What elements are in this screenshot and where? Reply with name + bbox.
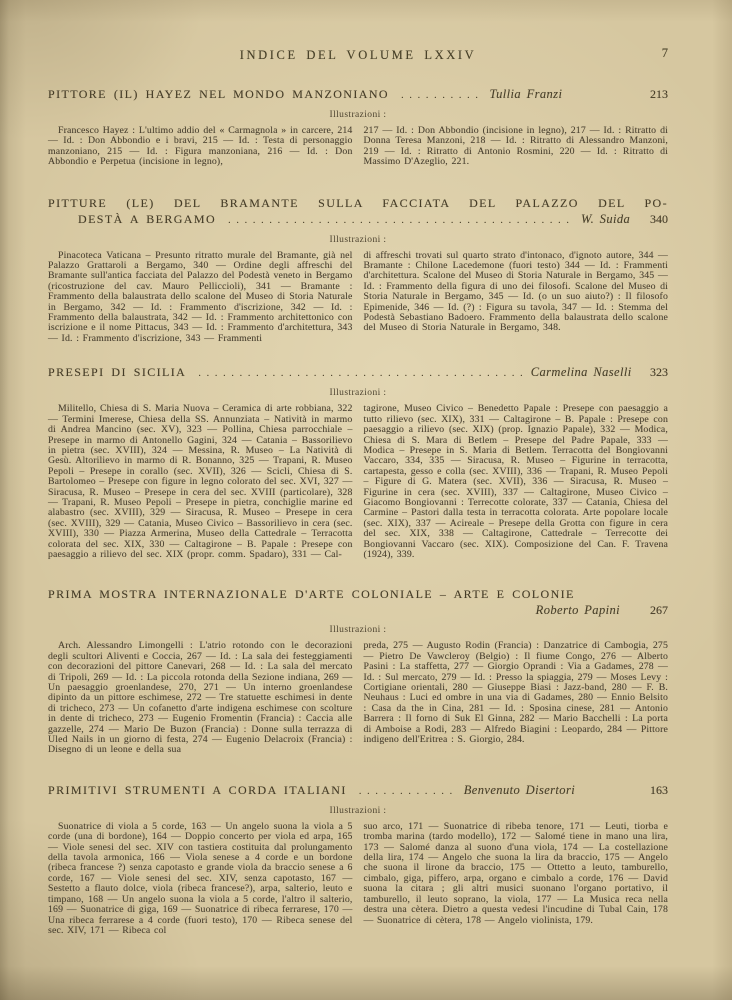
- entry-title: PITTORE (IL) HAYEZ NEL MONDO MANZONIANO: [48, 86, 389, 102]
- illustrations-columns: Arch. Alessandro Limongelli : L'atrio ro…: [48, 641, 668, 755]
- dots-leader: ..........: [401, 87, 484, 103]
- entry-page-number: 213: [634, 86, 668, 102]
- toc-entry-strumenti: PRIMITIVI STRUMENTI A CORDA ITALIANI ...…: [48, 782, 668, 936]
- illustrations-columns: Suonatrice di viola a 5 corde, 163 — Un …: [48, 822, 668, 936]
- illustrations-columns: Militello, Chiesa di S. Maria Nuova – Ce…: [48, 404, 668, 560]
- page-number: 7: [662, 46, 668, 61]
- illustrations-column-right: tagirone, Museo Civico – Benedetto Papal…: [364, 404, 669, 560]
- illustrations-columns: Francesco Hayez : L'ultimo addio del « C…: [48, 126, 668, 168]
- author-name: Roberto Papini: [536, 602, 620, 618]
- author-name: Carmelina Naselli: [531, 364, 632, 380]
- entry-page-number: 323: [646, 364, 668, 380]
- page-header: INDICE DEL VOLUME LXXIV 7: [48, 46, 668, 62]
- author-name: Benvenuto Disertori: [464, 782, 575, 798]
- author-name: W. Suida: [581, 211, 630, 227]
- illustrations-label: Illustrazioni :: [48, 625, 668, 636]
- illustrations-columns: Pinacoteca Vaticana – Presunto ritratto …: [48, 251, 668, 345]
- illustrations-column-left: Suonatrice di viola a 5 corde, 163 — Un …: [48, 822, 353, 936]
- entry-title: PRESEPI DI SICILIA: [48, 364, 186, 380]
- toc-entry-presepi: PRESEPI DI SICILIA .....................…: [48, 364, 668, 560]
- entry-title-line1: PITTURE (LE) DEL BRAMANTE SULLA FACCIATA…: [48, 195, 668, 211]
- entry-page-number: 163: [634, 782, 668, 798]
- illustrations-label: Illustrazioni :: [48, 806, 668, 817]
- volume-index-title: INDICE DEL VOLUME LXXIV: [240, 48, 476, 62]
- illustrations-column-right: di affreschi trovati sul quarto strato d…: [364, 251, 669, 345]
- illustrations-column-right: preda, 275 — Augusto Rodin (Francia) : D…: [364, 641, 669, 755]
- entry-title: PRIMITIVI STRUMENTI A CORDA ITALIANI: [48, 782, 347, 798]
- illustrations-column-left: Francesco Hayez : L'ultimo addio del « C…: [48, 126, 353, 168]
- toc-entry-bramante: PITTURE (LE) DEL BRAMANTE SULLA FACCIATA…: [48, 195, 668, 345]
- illustrations-column-right: suo arco, 171 — Suonatrice di ribeba ten…: [364, 822, 669, 936]
- entry-title-line2: DESTÀ A BERGAMO: [78, 211, 216, 227]
- illustrations-label: Illustrazioni :: [48, 388, 668, 399]
- illustrations-column-left: Militello, Chiesa di S. Maria Nuova – Ce…: [48, 404, 353, 560]
- toc-entry-hayez: PITTORE (IL) HAYEZ NEL MONDO MANZONIANO …: [48, 86, 668, 168]
- scanned-book-page: INDICE DEL VOLUME LXXIV 7 PITTORE (IL) H…: [0, 0, 732, 1000]
- entry-page-number: 267: [634, 602, 668, 618]
- dots-leader: ........................................…: [198, 365, 525, 381]
- illustrations-column-left: Pinacoteca Vaticana – Presunto ritratto …: [48, 251, 353, 345]
- entry-page-number: 340: [644, 211, 668, 227]
- author-name: Tullia Franzi: [489, 86, 562, 102]
- illustrations-column-right: 217 — Id. : Don Abbondio (incisione in l…: [364, 126, 669, 168]
- page-content: INDICE DEL VOLUME LXXIV 7 PITTORE (IL) H…: [0, 0, 732, 1000]
- dots-leader: ............: [359, 783, 458, 799]
- illustrations-label: Illustrazioni :: [48, 235, 668, 246]
- illustrations-label: Illustrazioni :: [48, 110, 668, 121]
- dots-leader: ........................................…: [228, 212, 575, 228]
- toc-entry-mostra-coloniale: PRIMA MOSTRA INTERNAZIONALE D'ARTE COLON…: [48, 586, 668, 755]
- illustrations-column-left: Arch. Alessandro Limongelli : L'atrio ro…: [48, 641, 353, 755]
- entry-title-line1: PRIMA MOSTRA INTERNAZIONALE D'ARTE COLON…: [48, 586, 668, 602]
